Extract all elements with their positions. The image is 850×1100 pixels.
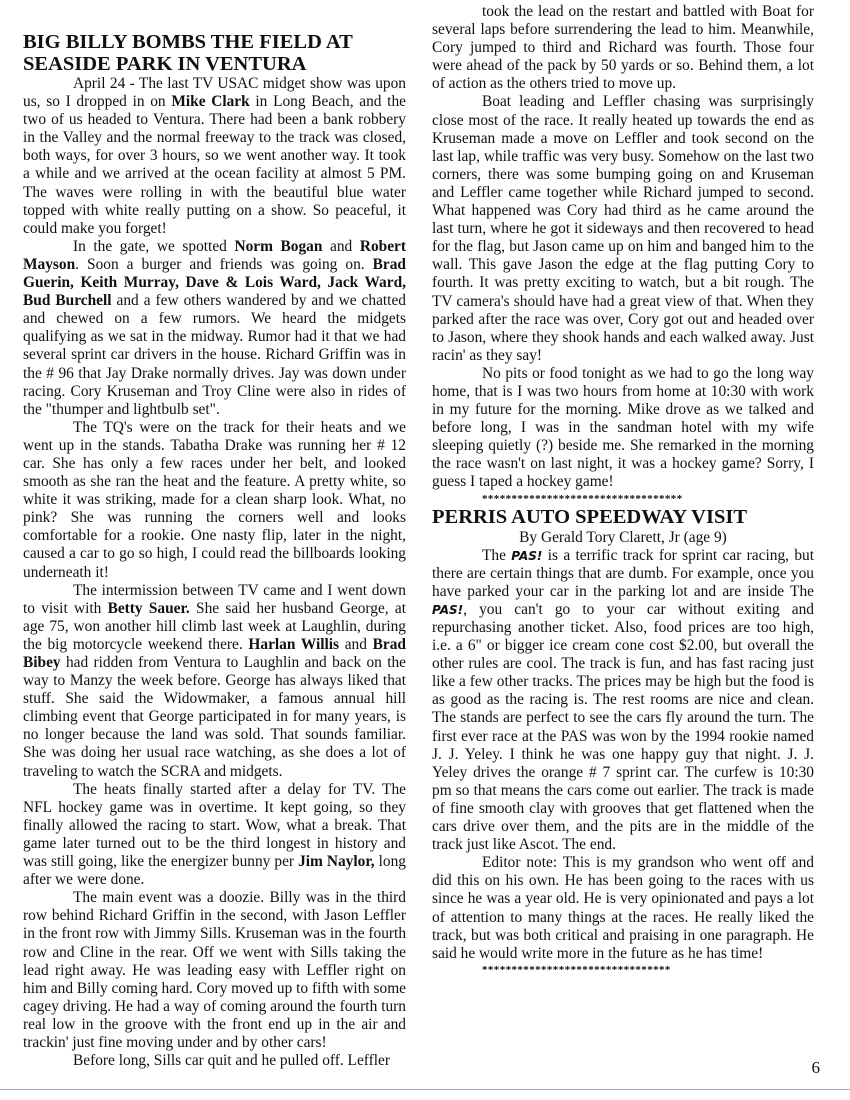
paragraph: took the lead on the restart and battled… <box>432 3 814 93</box>
paragraph: The main event was a doozie. Billy was i… <box>23 889 406 1052</box>
pas-logo-text: PAS! <box>511 549 542 563</box>
paragraph: In the gate, we spotted Norm Bogan and R… <box>23 238 406 419</box>
article-headline: BIG BILLY BOMBS THE FIELD AT SEASIDE PAR… <box>23 31 406 75</box>
bold-name: Norm Bogan <box>234 238 322 255</box>
right-column: took the lead on the restart and battled… <box>432 3 814 977</box>
article-body-perris: The PAS! is a terrific track for sprint … <box>432 547 814 963</box>
bold-name: Brad Guerin, Keith Murray, Dave & Lois W… <box>23 256 406 309</box>
paragraph: Boat leading and Leffler chasing was sur… <box>432 93 814 364</box>
bold-name: Betty Sauer. <box>108 600 190 617</box>
paragraph: Editor note: This is my grandson who wen… <box>432 854 814 963</box>
paragraph: Before long, Sills car quit and he pulle… <box>23 1052 406 1070</box>
bold-name: Mike Clark <box>171 93 249 110</box>
pas-logo-text: PAS! <box>432 603 463 617</box>
left-column: BIG BILLY BOMBS THE FIELD AT SEASIDE PAR… <box>23 31 406 1070</box>
bold-name: Robert Mayson <box>23 238 406 273</box>
paragraph: The intermission between TV came and I w… <box>23 582 406 781</box>
article-headline-perris: PERRIS AUTO SPEEDWAY VISIT <box>432 506 814 528</box>
section-separator: ********************************** <box>432 492 814 506</box>
section-separator-end: ******************************** <box>432 963 814 977</box>
bold-name: Brad Bibey <box>23 636 406 671</box>
paragraph: The PAS! is a terrific track for sprint … <box>432 547 814 855</box>
byline: By Gerald Tory Clarett, Jr (age 9) <box>432 529 814 547</box>
article-continuation: took the lead on the restart and battled… <box>432 3 814 492</box>
paragraph: The TQ's were on the track for their hea… <box>23 419 406 582</box>
paragraph: April 24 - The last TV USAC midget show … <box>23 75 406 238</box>
page-bottom-rule <box>0 1089 850 1090</box>
article-body: April 24 - The last TV USAC midget show … <box>23 75 406 1070</box>
bold-name: Jim Naylor, <box>298 853 375 870</box>
bold-name: Harlan Willis <box>248 636 339 653</box>
page-number: 6 <box>812 1058 821 1078</box>
paragraph: No pits or food tonight as we had to go … <box>432 365 814 492</box>
paragraph: The heats finally started after a delay … <box>23 781 406 890</box>
